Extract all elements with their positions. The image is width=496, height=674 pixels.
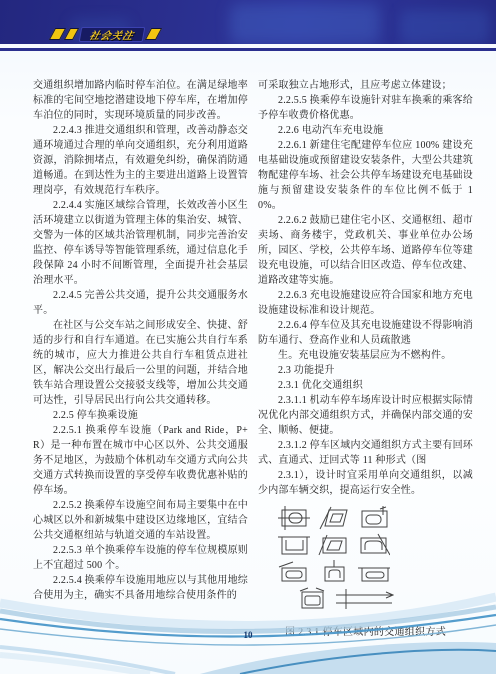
traffic-pattern-icon (318, 506, 350, 530)
paragraph: 2.3.1.1 机动车停车场库设计时应根据实际情况优化内部交通组织方式，并确保内… (258, 393, 473, 438)
banner-background-shape (230, 4, 380, 44)
left-column: 交通组织增加路内临时停车泊位。在满足绿地率标准的宅间空地挖潜建设地下停车库，在增… (33, 62, 248, 638)
banner-label: 社会关注 (88, 27, 136, 42)
paragraph: 2.2.6.3 充电设施建设应符合国家和地方充电设施建设标准和设计规范。 (258, 288, 473, 318)
paragraph: 交通组织增加路内临时停车泊位。在满足绿地率标准的宅间空地挖潜建设地下停车库，在增… (33, 78, 248, 123)
figure-row (278, 560, 473, 584)
paragraph: 2.2.5.2 换乘停车设施空间布局主要集中在中心城区以外和新城集中建设区边缘地… (33, 498, 248, 543)
paragraph: 2.2.4.5 完善公共交通，提升公共交通服务水平。 (33, 288, 248, 318)
traffic-pattern-icon (278, 506, 310, 530)
paragraph: 2.2.4.3 推进交通组织和管理，改善动静态交通环境通过合理的单向交通组织，充… (33, 123, 248, 198)
badge-strip: 社会关注 (79, 27, 146, 42)
paragraph: 2.3.1），设计时宜采用单向交通组织，以减少内部车辆交织，提高运行安全性。 (258, 468, 473, 498)
traffic-pattern-icon (278, 560, 310, 584)
document-page: 社会关注 交通组织增加路内临时停车泊位。在满足绿地率标准的宅间空地挖潜建设地下停… (0, 0, 496, 674)
figure-row (278, 506, 473, 530)
paragraph: 2.2.4.4 实施区域综合管理，长效改善小区生活环境建立以街道为管理主体的集治… (33, 198, 248, 288)
traffic-pattern-icon (358, 560, 390, 584)
paragraph: 生。充电设施安装基层应为不燃构件。 (258, 348, 473, 363)
figure-row (278, 533, 473, 557)
traffic-pattern-icon (278, 533, 310, 557)
paragraph: 2.2.5 停车换乘设施 (33, 408, 248, 423)
traffic-pattern-icon (358, 533, 390, 557)
paragraph: 2.3 功能提升 (258, 363, 473, 378)
banner-background-shape (400, 10, 490, 44)
paragraph: 2.2.6.4 停车位及其充电设施建设不得影响消防车通行、登高作业和人员疏散逃 (258, 318, 473, 348)
paragraph: 在社区与公交车站之间形成安全、快捷、舒适的步行和自行车通道。在已实施公共自行车系… (33, 318, 248, 408)
paragraph: 2.2.5.1 换乘停车设施（Park and Ride，P+R）是一种布置在城… (33, 423, 248, 498)
section-badge: 社会关注 (52, 26, 159, 42)
paragraph: 2.2.5.5 换乘停车设施针对驻车换乘的乘客给予停车收费价格优惠。 (258, 93, 473, 123)
divider-navy (0, 48, 496, 51)
paragraph: 2.2.6 电动汽车充电设施 (258, 123, 473, 138)
traffic-pattern-icon (318, 560, 350, 584)
paragraph: 可采取独立占地形式，且应考虑立体建设； (258, 78, 473, 93)
paragraph: 2.2.5.3 单个换乘停车设施的停车位规模原则上不宜超过 500 个。 (33, 543, 248, 573)
paragraph: 2.2.6.2 鼓励已建住宅小区、交通枢纽、超市卖场、商务楼宇，党政机关、事业单… (258, 213, 473, 288)
paragraph: 2.2.6.1 新建住宅配建停车位应 100% 建设充电基础设施或预留建设安装条… (258, 138, 473, 213)
traffic-pattern-icon (358, 506, 390, 530)
slash-icon (64, 28, 79, 40)
paragraph: 2.3.1.2 停车区域内交通组织方式主要有回环式、直通式、迂回式等 11 种形… (258, 438, 473, 468)
paragraph: 2.3.1 优化交通组织 (258, 378, 473, 393)
traffic-pattern-icon (318, 533, 350, 557)
page-number: 10 (0, 630, 496, 640)
right-column: 可采取独立占地形式，且应考虑立体建设； 2.2.5.5 换乘停车设施针对驻车换乘… (258, 62, 473, 638)
page-content: 交通组织增加路内临时停车泊位。在满足绿地率标准的宅间空地挖潜建设地下停车库，在增… (33, 62, 473, 638)
